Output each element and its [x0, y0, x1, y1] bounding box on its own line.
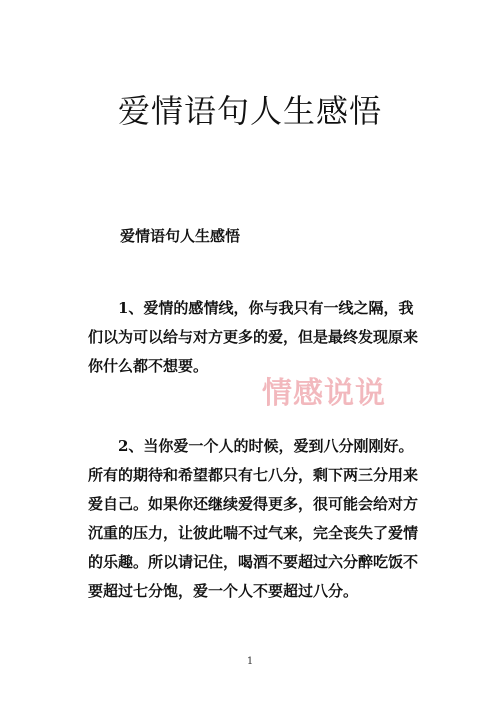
document-subtitle: 爱情语句人生感悟: [120, 225, 240, 246]
document-title: 爱情语句人生感悟: [0, 86, 500, 132]
page-number: 1: [0, 656, 500, 667]
paragraph-2: 2、当你爱一个人的时候，爱到八分刚刚好。所有的期待和希望都只有七八分，剩下两三分…: [88, 432, 424, 606]
watermark: 情感说说: [262, 368, 386, 412]
